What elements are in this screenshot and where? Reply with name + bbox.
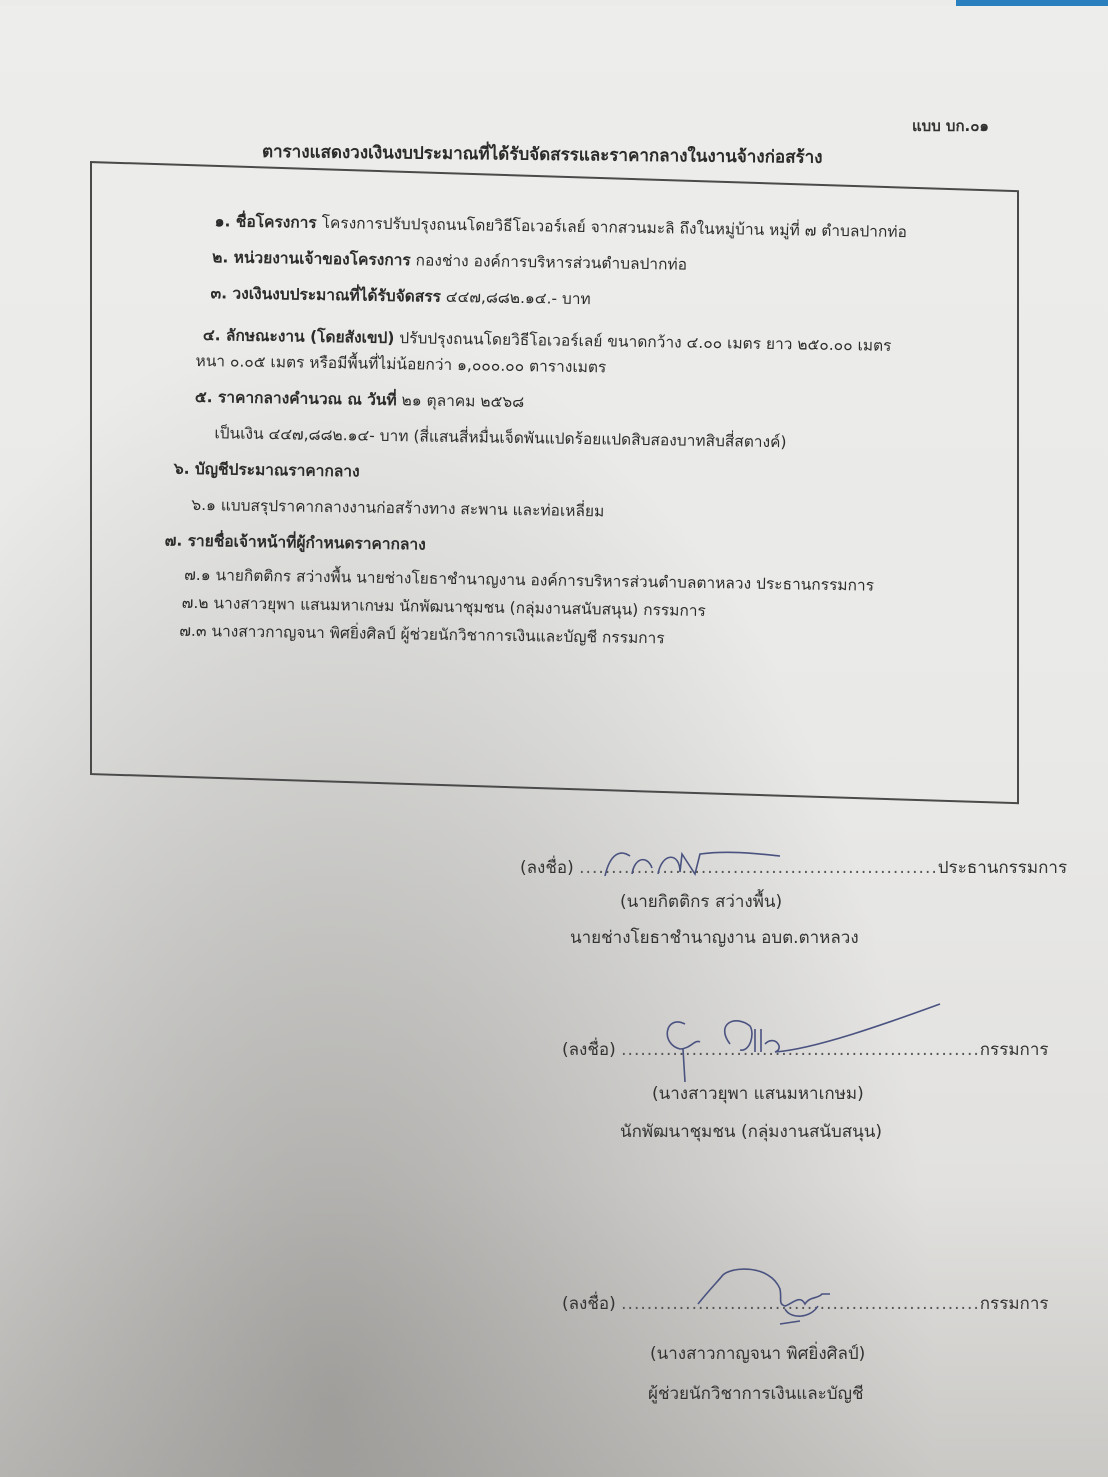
- item-label: ๕. ราคากลางคำนวณ ณ วันที่: [195, 388, 397, 409]
- item-label: ๑. ชื่อโครงการ: [215, 212, 317, 232]
- handwritten-signature: [655, 1004, 945, 1089]
- item-median-price: ๕. ราคากลางคำนวณ ณ วันที่ ๒๑ ตุลาคม ๒๕๖๘: [195, 384, 525, 414]
- handwritten-signature: [690, 1264, 870, 1339]
- item-value: ปรับปรุงถนนโดยวิธีโอเวอร์เลย์ ขนาดกว้าง …: [399, 329, 891, 355]
- signer-name: (นายกิตติกร สว่างพื้น): [620, 888, 782, 915]
- sign-role: กรรมการ: [980, 1294, 1049, 1314]
- sign-role: กรรมการ: [980, 1040, 1049, 1060]
- item-value: โครงการปรับปรุงถนนโดยวิธีโอเวอร์เลย์ จาก…: [322, 214, 907, 241]
- item-owner-agency: ๒. หน่วยงานเจ้าของโครงการ กองช่าง องค์กา…: [212, 244, 687, 276]
- item-value: เป็นเงิน ๔๔๗,๘๘๒.๑๔- บาท (สี่แสนสี่หมื่น…: [214, 424, 786, 451]
- item-value: กองช่าง องค์การบริหารส่วนตำบลปากท่อ: [415, 251, 687, 273]
- details-content: ๑. ชื่อโครงการ โครงการปรับปรุงถนนโดยวิธี…: [0, 3, 1108, 820]
- item-budget: ๓. วงเงินงบประมาณที่ได้รับจัดสรร ๔๔๗,๘๘๒…: [210, 280, 591, 311]
- sign-label: (ลงชื่อ): [520, 858, 574, 878]
- document-page: แบบ บก.๐๑ ตารางแสดงวงเงินงบประมาณที่ได้ร…: [0, 6, 1108, 1477]
- item-median-price-amount: เป็นเงิน ๔๔๗,๘๘๒.๑๔- บาท (สี่แสนสี่หมื่น…: [214, 420, 787, 454]
- signer-position: ผู้ช่วยนักวิชาการเงินและบัญชี: [648, 1380, 864, 1407]
- item-value: ๖.๑ แบบสรุปราคากลางงานก่อสร้างทาง สะพาน …: [191, 496, 604, 520]
- item-label: ๖. บัญชีประมาณราคากลาง: [174, 460, 360, 481]
- sign-label: (ลงชื่อ): [562, 1294, 616, 1314]
- item-price-list-sub: ๖.๑ แบบสรุปราคากลางงานก่อสร้างทาง สะพาน …: [191, 492, 604, 523]
- item-value: ๔๔๗,๘๘๒.๑๔.- บาท: [446, 288, 591, 308]
- item-project-name: ๑. ชื่อโครงการ โครงการปรับปรุงถนนโดยวิธี…: [215, 208, 907, 244]
- item-work-description-cont: หนา ๐.๐๕ เมตร หรือมีพื้นที่ไม่น้อยกว่า ๑…: [195, 348, 606, 379]
- signer-name: (นางสาวยุพา แสนมหาเกษม): [652, 1080, 864, 1107]
- item-label: ๔. ลักษณะงาน (โดยสังเขป): [203, 326, 395, 347]
- item-label: ๓. วงเงินงบประมาณที่ได้รับจัดสรร: [210, 284, 441, 306]
- signer-name: (นางสาวกาญจนา พิศยิ่งศิลป์): [650, 1340, 865, 1367]
- signer-position: นักพัฒนาชุมชน (กลุ่มงานสนับสนุน): [620, 1118, 882, 1145]
- item-label: ๗. รายชื่อเจ้าหน้าที่ผู้กำหนดราคากลาง: [165, 531, 426, 553]
- sign-label: (ลงชื่อ): [562, 1040, 616, 1060]
- item-date: ๒๑ ตุลาคม ๒๕๖๘: [401, 391, 524, 411]
- item-label: ๒. หน่วยงานเจ้าของโครงการ: [212, 248, 411, 269]
- committee-member: ๗.๓ นางสาวกาญจนา พิศยิ่งศิลป์ ผู้ช่วยนัก…: [179, 618, 665, 651]
- handwritten-signature: [600, 844, 800, 889]
- item-price-list: ๖. บัญชีประมาณราคากลาง: [174, 456, 360, 484]
- signer-position: นายช่างโยธาชำนาญงาน อบต.ตาหลวง: [570, 924, 859, 951]
- sign-role: ประธานกรรมการ: [938, 858, 1067, 878]
- item-value: หนา ๐.๐๕ เมตร หรือมีพื้นที่ไม่น้อยกว่า ๑…: [195, 352, 606, 376]
- item-committee: ๗. รายชื่อเจ้าหน้าที่ผู้กำหนดราคากลาง: [165, 527, 426, 556]
